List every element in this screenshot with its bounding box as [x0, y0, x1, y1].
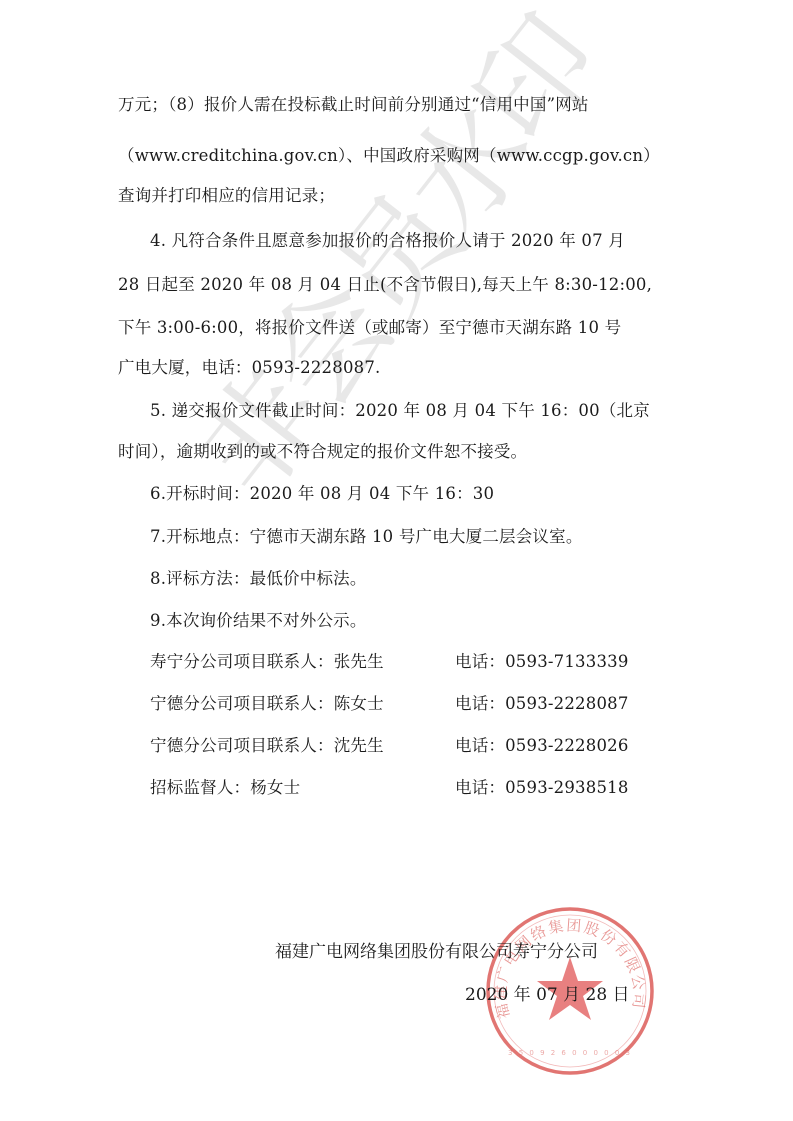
contact-phone: 电话：0593-2228026: [455, 736, 629, 756]
contact-role: 招标监督人：杨女士: [150, 778, 300, 798]
signature-company: 福建广电网络集团股份有限公司寿宁分公司: [275, 937, 598, 962]
document-page: 非会员水印 万元；（8）报价人需在投标截止时间前分别通过“信用中国”网站 （ww…: [0, 0, 793, 1121]
paragraph-line: 28 日起至 2020 年 08 月 04 日止(不含节假日),每天上午 8:3…: [118, 275, 652, 295]
signature-date: 2020 年 07 月 28 日: [465, 980, 630, 1005]
paragraph-line: 6.开标时间：2020 年 08 月 04 下午 16：30: [150, 484, 494, 504]
contact-phone: 电话：0593-7133339: [455, 652, 629, 672]
svg-text:3 5 0 9 2 6 0 0 0 0 0 3: 3 5 0 9 2 6 0 0 0 0 0 3: [508, 1049, 632, 1057]
paragraph-line: 万元；（8）报价人需在投标截止时间前分别通过“信用中国”网站: [118, 95, 589, 115]
paragraph-line: 8.评标方法：最低价中标法。: [150, 569, 367, 589]
paragraph-line: 广电大厦，电话：0593-2228087.: [118, 358, 381, 378]
paragraph-line: 下午 3:00-6:00，将报价文件送（或邮寄）至宁德市天湖东路 10 号: [118, 318, 621, 338]
paragraph-line: 5. 递交报价文件截止时间：2020 年 08 月 04 下午 16：00（北京: [150, 401, 650, 421]
contact-phone: 电话：0593-2938518: [455, 778, 629, 798]
contact-role: 宁德分公司项目联系人：沈先生: [150, 736, 384, 756]
contact-role: 宁德分公司项目联系人：陈女士: [150, 694, 384, 714]
paragraph-line: 4. 凡符合条件且愿意参加报价的合格报价人请于 2020 年 07 月: [150, 231, 625, 251]
paragraph-line: （www.creditchina.gov.cn）、中国政府采购网（www.ccg…: [118, 146, 660, 166]
paragraph-line: 7.开标地点：宁德市天湖东路 10 号广电大厦二层会议室。: [150, 527, 583, 547]
contact-phone: 电话：0593-2228087: [455, 694, 629, 714]
paragraph-line: 9.本次询价结果不对外公示。: [150, 611, 367, 631]
paragraph-line: 查询并打印相应的信用记录；: [118, 186, 335, 206]
paragraph-line: 时间），逾期收到的或不符合规定的报价文件恕不接受。: [118, 442, 527, 462]
contact-role: 寿宁分公司项目联系人：张先生: [150, 652, 384, 672]
